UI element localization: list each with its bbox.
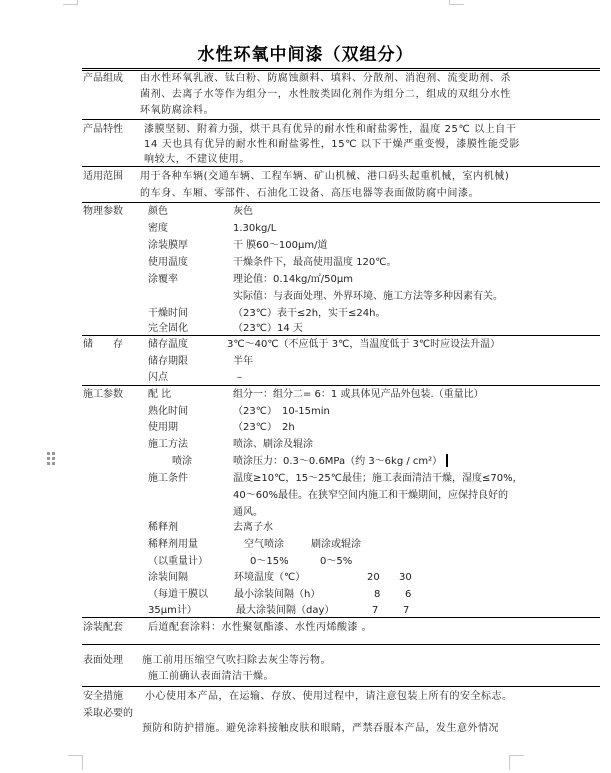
page-corner-mark-top-right: [449, 0, 464, 5]
param-value: 半年: [233, 353, 253, 371]
text-cursor: [446, 454, 448, 467]
section-label-surface-treatment: 表面处理: [83, 652, 123, 670]
document-title: 水性环氧中间漆（双组分）: [0, 40, 611, 65]
param-value: 干 膜60～100μm/道: [233, 237, 327, 255]
param-value: 1.30kg/L: [233, 220, 276, 238]
page-corner-mark-bottom-left: [68, 755, 83, 770]
param-name: 闪点: [148, 369, 168, 387]
param-name: 施工条件: [148, 470, 188, 488]
param-name: 35μm计）: [148, 602, 197, 620]
param-name: 施工方法: [148, 436, 188, 454]
param-name: 涂装间隔: [148, 569, 188, 587]
param-name: 稀释剂: [148, 519, 178, 537]
scope-line: 用于各种车辆(交通车辆、工程车辆、矿山机械、港口码头起重机械，室内机械): [140, 168, 538, 186]
dilution-header: 空气喷涂: [244, 536, 284, 554]
param-value: 喷涂压力：0.3～0.6MPa（约 3～6kg / cm²）: [233, 453, 442, 471]
param-value: 实际值：与表面处理、外界环境、施工方法等多种因素有关。: [233, 288, 503, 306]
param-name: 使用期: [148, 419, 178, 437]
param-name: 涂覆率: [148, 271, 178, 289]
interval-row-label: 最大涂装间隔（day）: [236, 602, 334, 620]
section-label-physical: 物理参数: [83, 203, 123, 221]
param-value: 理论值：0.14kg/㎡/50μm: [233, 271, 353, 289]
section-label-safety: 安全措施: [83, 688, 123, 706]
param-name: 储存温度: [148, 336, 188, 354]
row-divider: [82, 686, 600, 687]
composition-line: 环氧防腐涂料。: [140, 102, 538, 120]
dilution-header: 刷涂或辊涂: [311, 536, 361, 554]
row-divider: [82, 644, 600, 645]
interval-header: 环境温度（℃）: [234, 569, 305, 587]
param-name: 使用温度: [148, 254, 188, 272]
param-value: 温度≥10℃，15～25℃最佳；施工表面清洁干燥，湿度≤70%，: [233, 470, 523, 488]
param-name: 颜色: [148, 203, 168, 221]
properties-line: 响较大，不建议使用。: [144, 151, 542, 169]
dilution-value: 0～5%: [320, 553, 352, 571]
section-label-composition: 产品组成: [83, 70, 123, 88]
page-corner-mark-top-left: [63, 0, 78, 5]
section-label-properties: 产品特性: [83, 121, 123, 139]
surface-line: 施工前确认表面清洁干燥。: [148, 668, 274, 686]
interval-header: 30: [399, 569, 412, 587]
interval-header: 20: [367, 569, 380, 587]
scope-line: 的车身、车厢、零部件、石油化工设备、高压电器等表面做防腐中间漆。: [140, 185, 538, 203]
coating-system-value: 后道配套涂料：水性聚氨酯漆、水性丙烯酸漆 。: [148, 619, 372, 637]
table-top-double-rule: [82, 68, 600, 69]
interval-cell: 7: [403, 602, 409, 620]
interval-cell: 7: [372, 602, 378, 620]
param-name: 密度: [148, 220, 168, 238]
section-label-storage: 储 存: [83, 336, 123, 354]
block-drag-handle[interactable]: [47, 452, 55, 466]
param-value: –: [237, 369, 242, 387]
param-value: 组分一：组分二= 6：1 或具体见产品外包装.（重量比）: [233, 386, 484, 404]
param-value: 干燥条件下，最高使用温度 120℃。: [233, 254, 397, 272]
param-value: （23℃） 2h: [233, 419, 295, 437]
param-value: 去离子水: [233, 519, 273, 537]
section-label-construction: 施工参数: [83, 386, 123, 404]
section-label-coating-system: 涂装配套: [83, 619, 123, 637]
safety-line: 小心使用本产品，在运输、存放、使用过程中，请注意包装上所有的安全标志。: [145, 688, 513, 706]
section-label-application-scope: 适用范围: [83, 168, 123, 186]
param-value: 喷涂、刷涂及辊涂: [233, 436, 313, 454]
param-name: 喷涂: [172, 453, 192, 471]
param-name: 稀释剂用量: [148, 536, 198, 554]
param-name: 配 比: [148, 386, 171, 404]
param-name: 涂装膜厚: [148, 237, 188, 255]
section-label-safety-cont: 采取必要的: [83, 705, 133, 723]
param-value: 40～60%最佳。在狭窄空间内施工和干燥期间，应保持良好的: [233, 487, 508, 505]
param-value: 灰色: [233, 203, 253, 221]
param-value: 3℃～40℃（不应低于 3℃，当温度低于 3℃时应设法升温）: [227, 336, 500, 354]
page-corner-mark-bottom-right: [509, 755, 524, 770]
safety-line: 预防和防护措施。避免涂料接触皮肤和眼睛，严禁吞服本产品，发生意外情况: [142, 720, 499, 738]
